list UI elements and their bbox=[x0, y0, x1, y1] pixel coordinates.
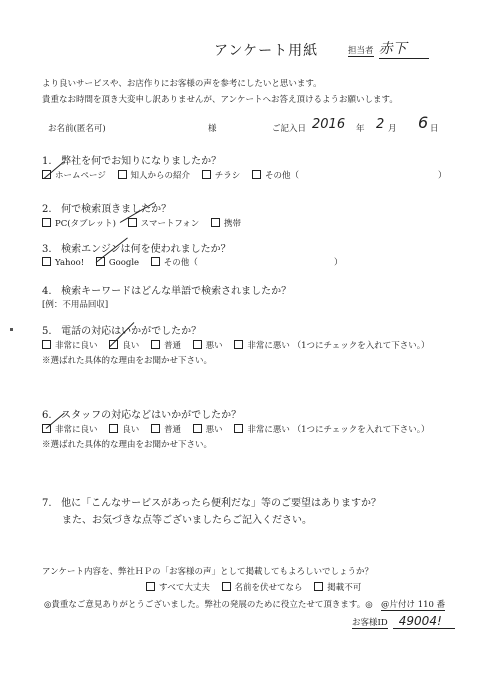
question-3: 3. 検索エンジンは何を使われましたか？ bbox=[42, 240, 231, 255]
day-unit: 日 bbox=[430, 122, 439, 134]
reason-prompt: ※選ばれた具体的な理由をお聞かせ下さい。 bbox=[42, 438, 212, 450]
checkbox-checked[interactable] bbox=[128, 218, 137, 227]
customer-id-field: お客様ID 49004! bbox=[352, 610, 455, 629]
option-no-publish[interactable]: 掲載不可 bbox=[314, 583, 361, 593]
checkbox[interactable] bbox=[118, 170, 127, 179]
option-bad[interactable]: 悪い bbox=[193, 341, 223, 351]
date-label: ご記入日 bbox=[272, 122, 306, 134]
close-paren: ） bbox=[334, 256, 343, 268]
question-6: 6. スタッフの対応などはいかがでしたか？ bbox=[42, 406, 241, 421]
checkbox[interactable] bbox=[151, 257, 160, 266]
question-number: 1. bbox=[42, 156, 52, 167]
option-anonymous[interactable]: 名前を伏せてなら bbox=[222, 583, 303, 593]
staff-field: 担当者 赤下 bbox=[348, 38, 436, 59]
option-smartphone[interactable]: スマートフォン bbox=[128, 219, 200, 229]
checkbox[interactable] bbox=[252, 170, 261, 179]
option-very-bad[interactable]: 非常に悪い bbox=[234, 425, 290, 435]
option-average[interactable]: 普通 bbox=[151, 341, 181, 351]
question-2-options: PC(タブレット) スマートフォン 携帯 bbox=[42, 217, 250, 229]
date-month: 2 bbox=[376, 117, 384, 132]
scan-mark bbox=[10, 328, 13, 331]
checkbox[interactable] bbox=[211, 218, 220, 227]
question-text: 電話の対応はいかがでしたか？ bbox=[61, 326, 201, 337]
month-unit: 月 bbox=[388, 122, 397, 134]
checkbox[interactable] bbox=[222, 582, 231, 591]
question-number: 3. bbox=[42, 244, 52, 255]
question-4: 4. 検索キーワードはどんな単語で検索されましたか？ bbox=[42, 282, 291, 297]
option-good[interactable]: 良い bbox=[109, 425, 139, 435]
checkbox[interactable] bbox=[42, 257, 51, 266]
intro-line-2: 貴重なお時間を頂き大変申し訳ありませんが、アンケートへお答え頂けるようお願いしま… bbox=[42, 93, 398, 105]
question-number: 7. bbox=[42, 498, 52, 509]
question-number: 2. bbox=[42, 204, 52, 215]
question-number: 4. bbox=[42, 286, 52, 297]
instruction-note: （1つにチェックを入れて下さい。） bbox=[293, 425, 430, 435]
publish-options: すべて大丈夫 名前を伏せてなら 掲載不可 bbox=[146, 581, 361, 593]
checkbox[interactable] bbox=[202, 170, 211, 179]
publish-question: アンケート内容を、弊社ＨＰの「お客様の声」として掲載してもよろしいでしょうか？ bbox=[42, 565, 373, 577]
option-yahoo[interactable]: Yahoo! bbox=[42, 258, 84, 268]
checkbox[interactable] bbox=[109, 424, 118, 433]
question-6-options: 非常に良い 良い 普通 悪い 非常に悪い （1つにチェックを入れて下さい。） bbox=[42, 423, 430, 435]
customer-id-value: 49004! bbox=[393, 614, 455, 629]
checkbox[interactable] bbox=[234, 424, 243, 433]
option-all-ok[interactable]: すべて大丈夫 bbox=[146, 583, 210, 593]
example-text: [例：不用品回収] bbox=[42, 298, 108, 310]
question-text: 何で検索頂きましたか？ bbox=[61, 204, 171, 215]
year-unit: 年 bbox=[356, 122, 365, 134]
date-year: 2016 bbox=[312, 117, 345, 132]
option-very-good[interactable]: 非常に良い bbox=[42, 425, 98, 435]
question-text: 弊社を何でお知りになりましたか？ bbox=[61, 156, 221, 167]
close-paren: ） bbox=[438, 169, 447, 181]
checkbox[interactable] bbox=[42, 218, 51, 227]
staff-label: 担当者 bbox=[348, 46, 374, 57]
question-text: スタッフの対応などはいかがでしたか？ bbox=[61, 410, 241, 421]
question-3-options: Yahoo! Google その他（ bbox=[42, 256, 207, 268]
question-7-line-2: また、お気づきな点等ございましたらご記入ください。 bbox=[62, 511, 312, 526]
question-number: 5. bbox=[42, 326, 52, 337]
option-bad[interactable]: 悪い bbox=[193, 425, 223, 435]
date-day: 6 bbox=[418, 113, 428, 132]
intro-line-1: より良いサービスや、お店作りにお客様の声を参考にしたいと思います。 bbox=[42, 77, 322, 89]
option-google[interactable]: Google bbox=[96, 258, 139, 268]
option-very-good[interactable]: 非常に良い bbox=[42, 341, 98, 351]
form-title: アンケート用紙 bbox=[214, 40, 318, 60]
checkbox[interactable] bbox=[193, 340, 202, 349]
question-number: 6. bbox=[42, 410, 52, 421]
option-very-bad[interactable]: 非常に悪い bbox=[234, 341, 290, 351]
checkbox[interactable] bbox=[151, 340, 160, 349]
option-other[interactable]: その他（ bbox=[151, 258, 198, 268]
checkbox[interactable] bbox=[42, 340, 51, 349]
question-5-options: 非常に良い 良い 普通 悪い 非常に悪い （1つにチェックを入れて下さい。） bbox=[42, 339, 430, 351]
checkbox[interactable] bbox=[234, 340, 243, 349]
checkbox[interactable] bbox=[314, 582, 323, 591]
customer-id-label: お客様ID bbox=[352, 618, 388, 629]
option-mobile[interactable]: 携帯 bbox=[211, 219, 241, 229]
option-flyer[interactable]: チラシ bbox=[202, 171, 241, 181]
name-label: お名前(匿名可) bbox=[48, 122, 106, 134]
instruction-note: （1つにチェックを入れて下さい。） bbox=[293, 341, 430, 351]
checkbox[interactable] bbox=[146, 582, 155, 591]
question-text: 検索キーワードはどんな単語で検索されましたか？ bbox=[61, 286, 291, 297]
reason-prompt: ※選ばれた具体的な理由をお聞かせ下さい。 bbox=[42, 354, 212, 366]
question-text: 検索エンジンは何を使われましたか？ bbox=[61, 244, 231, 255]
honorific: 様 bbox=[208, 122, 217, 134]
question-text: 他に「こんなサービスがあったら便利だな」等のご要望はありますか？ bbox=[61, 498, 381, 509]
question-7: 7. 他に「こんなサービスがあったら便利だな」等のご要望はありますか？ bbox=[42, 494, 381, 509]
option-average[interactable]: 普通 bbox=[151, 425, 181, 435]
option-referral[interactable]: 知人からの紹介 bbox=[118, 171, 191, 181]
question-1: 1. 弊社を何でお知りになりましたか？ bbox=[42, 152, 221, 167]
checkbox[interactable] bbox=[193, 424, 202, 433]
staff-name: 赤下 bbox=[379, 38, 429, 59]
checkbox[interactable] bbox=[151, 424, 160, 433]
question-1-options: ホームページ 知人からの紹介 チラシ その他（ bbox=[42, 169, 308, 181]
option-pc-tablet[interactable]: PC(タブレット) bbox=[42, 219, 116, 229]
thanks-message: ◎貴重なご意見ありがとうございました。弊社の発展のために役立たせて頂きます。◎ bbox=[44, 598, 373, 610]
option-other[interactable]: その他（ bbox=[252, 171, 299, 181]
